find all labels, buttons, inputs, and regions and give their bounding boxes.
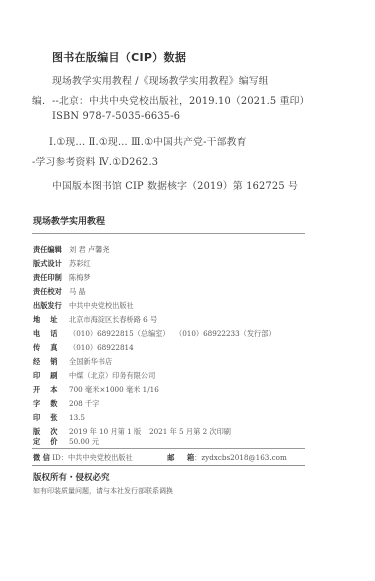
row-value: 陈梅梦 [69,273,91,282]
row-label: 定 价 [33,437,69,446]
row-value: （010）68922814 [69,343,134,352]
row-label: 经 销 [33,357,69,366]
email-label: 邮 箱 [167,453,194,462]
cip-line-1: 现场教学实用教程 /《现场教学实用教程》编写组 [52,73,269,87]
cip-heading: 图书在版编目（CIP）数据 [52,49,186,65]
row-value: 苏彩红 [69,259,91,268]
row-proofreader: 责任校对马 晶 [33,287,86,296]
row-value: 刘 君 卢馨尧 [69,245,110,254]
cip-line-5: -学习参考资料 Ⅳ.①D262.3 [32,154,158,168]
row-layout-design: 版式设计苏彩红 [33,259,91,268]
row-value: 13.5 [69,413,85,422]
row-printing-supervisor: 责任印制陈梅梦 [33,273,91,282]
divider-top [32,233,305,234]
row-fax: 传 真（010）68922814 [33,343,134,352]
row-value: 50.00 元 [69,437,99,446]
row-value: 全国新华书店 [69,357,112,366]
row-format: 开 本700 毫米×1000 毫米 1/16 [33,385,159,394]
row-price: 定 价50.00 元 [33,437,99,446]
row-printer: 印 刷中煤（北京）印务有限公司 [33,371,155,380]
row-value-2: （010）68922233（发行部） [175,329,276,338]
row-value: 700 毫米×1000 毫米 1/16 [69,385,159,394]
row-value: （010）68922815（总编室） [69,329,170,338]
row-phone: 电 话（010）68922815（总编室）（010）68922233（发行部） [33,329,333,338]
book-title: 现场教学实用教程 [33,214,105,227]
divider-bottom [32,465,305,466]
row-edition: 版 次2019 年 10 月第 1 版2021 年 5 月第 2 次印刷 [33,427,333,436]
row-value: 208 千字 [69,399,99,408]
row-address: 地 址北京市海淀区长春桥路 6 号 [33,315,157,324]
row-word-count: 字 数208 千字 [33,399,99,408]
row-distributor: 经 销全国新华书店 [33,357,112,366]
row-label: 印 刷 [33,371,69,380]
row-value-2: 2021 年 5 月第 2 次印刷 [149,427,231,436]
row-label: 电 话 [33,329,69,338]
row-value: 中煤（北京）印务有限公司 [69,371,155,380]
row-value: 马 晶 [69,287,86,296]
cip-line-2: 编．--北京：中共中央党校出版社，2019.10（2021.5 重印） [32,93,310,107]
row-label: 印 张 [33,413,69,422]
row-label: 字 数 [33,399,69,408]
contact-line: 微 信 ID：中共中央党校出版社 邮 箱：zydxcbs2018@163.com [33,453,287,463]
quality-notice: 如有印装质量问题，请与本社发行部联系调换 [33,486,173,496]
cip-isbn: ISBN 978-7-5035-6635-6 [52,111,180,122]
row-label: 地 址 [33,315,69,324]
row-editor: 责任编辑刘 君 卢馨尧 [33,245,110,254]
row-publisher: 出版发行中共中央党校出版社 [33,301,134,310]
wechat-label: 微 信 [33,453,50,462]
row-label: 开 本 [33,385,69,394]
divider-middle [32,448,305,449]
row-label: 版 次 [33,427,69,436]
row-label: 责任校对 [33,287,69,296]
row-value: 中共中央党校出版社 [69,301,134,310]
row-value: 北京市海淀区长春桥路 6 号 [69,315,157,324]
row-label: 传 真 [33,343,69,352]
row-value: 2019 年 10 月第 1 版 [69,427,141,436]
cip-line-6: 中国版本图书馆 CIP 数据核字（2019）第 162725 号 [52,178,298,192]
copyright-notice: 版权所有・侵权必究 [33,471,110,483]
row-label: 责任编辑 [33,245,69,254]
email-value[interactable]: ：zydxcbs2018@163.com [194,453,287,462]
row-sheets: 印 张13.5 [33,413,85,422]
cip-line-4: Ⅰ.①现… Ⅱ.①现… Ⅲ.①中国共产党-干部教育 [49,134,247,148]
row-label: 出版发行 [33,301,69,310]
row-label: 责任印制 [33,273,69,282]
wechat-value: ID：中共中央党校出版社 [52,453,132,462]
row-label: 版式设计 [33,259,69,268]
